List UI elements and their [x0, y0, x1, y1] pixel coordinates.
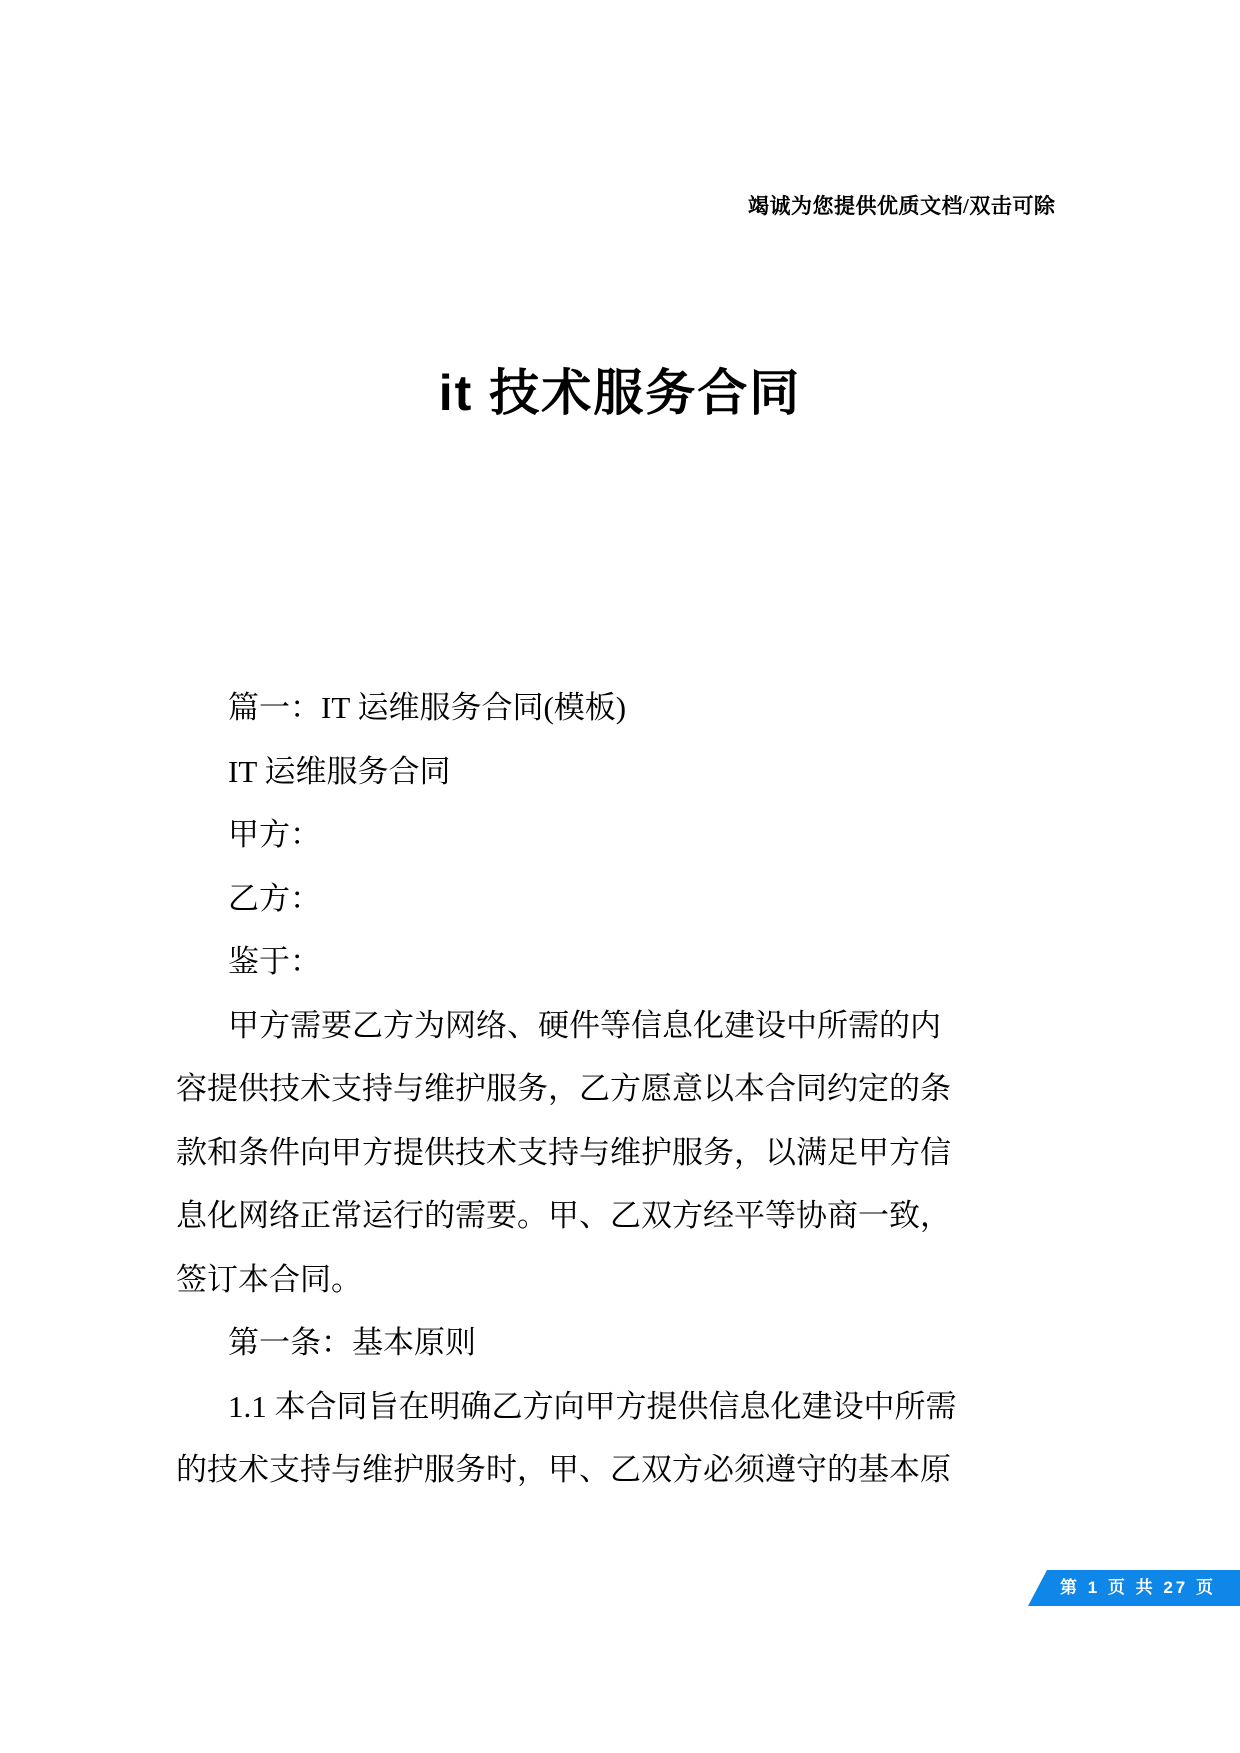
body-line: 篇一：IT 运维服务合同(模板) — [176, 676, 1056, 740]
body-line: 1.1 本合同旨在明确乙方向甲方提供信息化建设中所需 — [176, 1375, 1056, 1439]
body-line: 息化网络正常运行的需要。甲、乙双方经平等协商一致， — [176, 1184, 1056, 1248]
document-title: it 技术服务合同 — [0, 362, 1240, 424]
body-line: 的技术支持与维护服务时，甲、乙双方必须遵守的基本原 — [176, 1438, 1056, 1502]
body-line: 款和条件向甲方提供技术支持与维护服务，以满足甲方信 — [176, 1121, 1056, 1185]
body-line: 第一条：基本原则 — [176, 1311, 1056, 1375]
document-page: 竭诚为您提供优质文档/双击可除 it 技术服务合同 篇一：IT 运维服务合同(模… — [0, 0, 1240, 1753]
body-line: 甲方需要乙方为网络、硬件等信息化建设中所需的内 — [176, 994, 1056, 1058]
body-line: 鉴于： — [176, 930, 1056, 994]
body-line: IT 运维服务合同 — [176, 740, 1056, 804]
page-number-badge: 第 1 页 共 27 页 — [1028, 1570, 1240, 1606]
document-body: 篇一：IT 运维服务合同(模板)IT 运维服务合同甲方：乙方：鉴于：甲方需要乙方… — [176, 676, 1056, 1502]
body-line: 甲方： — [176, 803, 1056, 867]
body-line: 容提供技术支持与维护服务，乙方愿意以本合同约定的条 — [176, 1057, 1056, 1121]
page-number-label: 第 1 页 共 27 页 — [1028, 1570, 1240, 1606]
header-note: 竭诚为您提供优质文档/双击可除 — [748, 190, 1055, 220]
body-line: 乙方： — [176, 867, 1056, 931]
body-line: 签订本合同。 — [176, 1248, 1056, 1312]
